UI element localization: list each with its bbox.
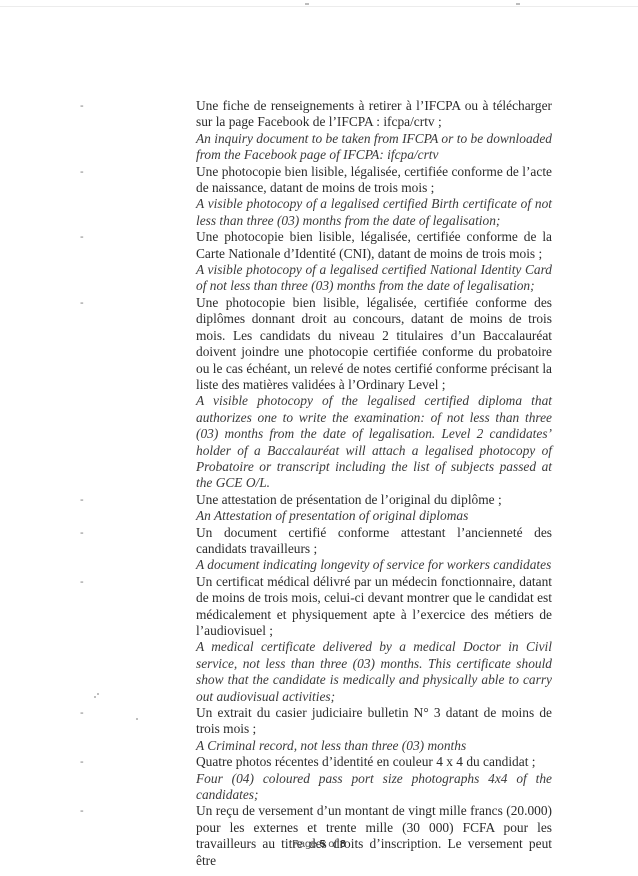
- dash-bullet: -: [80, 754, 86, 770]
- dash-bullet: -: [80, 492, 86, 508]
- list-item: - Une fiche de renseignements à retirer …: [196, 98, 552, 164]
- dash-bullet: -: [80, 525, 86, 541]
- dash-bullet: -: [80, 98, 86, 114]
- english-text: Four (04) coloured pass port size photog…: [196, 771, 552, 804]
- french-text: Un reçu de versement d’un montant de vin…: [196, 803, 552, 869]
- dash-bullet: -: [80, 229, 86, 245]
- scan-edge-line: [0, 6, 638, 7]
- list-item: - Une photocopie bien lisible, légalisée…: [196, 295, 552, 492]
- dash-bullet: -: [80, 295, 86, 311]
- current-page-number: 5: [320, 838, 326, 850]
- english-text: A medical certificate delivered by a med…: [196, 639, 552, 705]
- requirements-list: - Une fiche de renseignements à retirer …: [196, 98, 552, 869]
- list-item: - Une attestation de présentation de l’o…: [196, 492, 552, 525]
- english-text: A visible photocopy of a legalised certi…: [196, 262, 552, 295]
- dash-bullet: -: [80, 803, 86, 819]
- french-text: Un document certifié conforme attestant …: [196, 525, 552, 558]
- of-label: of: [328, 838, 337, 850]
- dash-bullet: -: [80, 574, 86, 590]
- scan-artifact: [305, 3, 309, 5]
- french-text: Quatre photos récentes d’identité en cou…: [196, 754, 552, 770]
- english-text: A Criminal record, not less than three (…: [196, 738, 552, 754]
- scan-artifact: [136, 718, 138, 720]
- scan-artifact: [94, 696, 96, 698]
- french-text: Une fiche de renseignements à retirer à …: [196, 98, 552, 131]
- french-text: Un certificat médical délivré par un méd…: [196, 574, 552, 640]
- list-item: - Une photocopie bien lisible, légalisée…: [196, 229, 552, 295]
- page-label: Page: [292, 838, 317, 850]
- page-footer: Page 5 of 8: [0, 838, 638, 850]
- french-text: Une photocopie bien lisible, légalisée, …: [196, 164, 552, 197]
- english-text: A visible photocopy of a legalised certi…: [196, 196, 552, 229]
- list-item: - Quatre photos récentes d’identité en c…: [196, 754, 552, 803]
- dash-bullet: -: [80, 164, 86, 180]
- english-text: A document indicating longevity of servi…: [196, 557, 552, 573]
- list-item: - Un document certifié conforme attestan…: [196, 525, 552, 574]
- scan-artifact: [516, 3, 520, 5]
- list-item: - Un certificat médical délivré par un m…: [196, 574, 552, 705]
- total-pages-number: 8: [340, 838, 346, 850]
- list-item: - Une photocopie bien lisible, légalisée…: [196, 164, 552, 230]
- french-text: Une photocopie bien lisible, légalisée, …: [196, 229, 552, 262]
- scan-artifact: [97, 693, 99, 695]
- dash-bullet: -: [80, 705, 86, 721]
- french-text: Un extrait du casier judiciaire bulletin…: [196, 705, 552, 738]
- english-text: An inquiry document to be taken from IFC…: [196, 131, 552, 164]
- list-item: - Un reçu de versement d’un montant de v…: [196, 803, 552, 869]
- english-text: A visible photocopy of the legalised cer…: [196, 393, 552, 491]
- french-text: Une photocopie bien lisible, légalisée, …: [196, 295, 552, 393]
- english-text: An Attestation of presentation of origin…: [196, 508, 552, 524]
- list-item: - Un extrait du casier judiciaire bullet…: [196, 705, 552, 754]
- french-text: Une attestation de présentation de l’ori…: [196, 492, 552, 508]
